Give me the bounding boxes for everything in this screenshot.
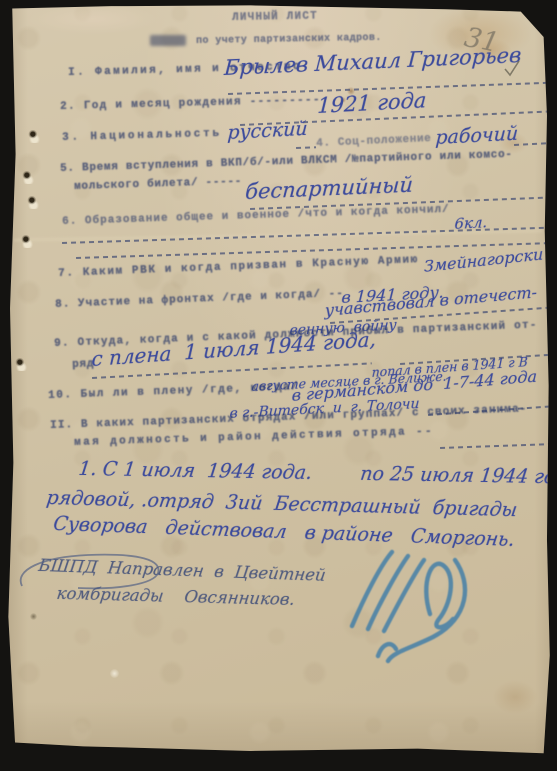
- answer-line-1: 1. С 1 июля 1944 года. по 25 июля 1944 г…: [77, 458, 557, 489]
- form-field-5-value: беспартийный: [245, 173, 414, 204]
- form-field-4-label: 4. Соц-положение: [316, 133, 432, 150]
- form-field-4-value: рабочий: [435, 123, 519, 149]
- punch-hole: [21, 171, 34, 184]
- stain: [30, 613, 37, 620]
- scanned-document-photo: { "page_number": "31", "header": { "titl…: [0, 0, 557, 771]
- punch-hole: [27, 130, 40, 143]
- form-field-2-value: 1921 года: [317, 88, 427, 118]
- punch-hole: [14, 358, 27, 371]
- stain: [492, 680, 538, 714]
- stain: [28, 4, 158, 34]
- form-field-2-label: 2. Год и месяц рождения ---------: [60, 94, 321, 113]
- dashed-rule: [514, 142, 556, 146]
- dashed-rule: [62, 226, 556, 244]
- footer-note-line-1: БШПД Направлен в Цвейтней: [37, 556, 327, 585]
- punch-hole: [26, 196, 39, 209]
- footer-note-line-2: комбригады Овсянников.: [56, 584, 296, 609]
- form-field-8-label: 8. Участие на фронтах /где и когда/ --: [55, 288, 344, 311]
- dashed-rule: [296, 146, 316, 149]
- form-field-3-value: русский: [227, 118, 308, 144]
- ink-smudge: [150, 35, 186, 46]
- dashed-rule: [440, 443, 556, 449]
- document-subtitle: по учету партизанских кадров.: [196, 33, 382, 47]
- form-field-3-label: 3. Национальность: [62, 128, 222, 144]
- stain: [110, 669, 119, 678]
- paper-sheet: ЛИЧНЫЙ ЛИСТ по учету партизанских кадров…: [0, 0, 557, 771]
- punch-hole: [20, 235, 33, 248]
- form-field-5-label-line2: мольского билета/ -----: [74, 176, 242, 193]
- document-title: ЛИЧНЫЙ ЛИСТ: [232, 11, 318, 24]
- form-field-1-value: Брылев Михаил Григорьев: [224, 43, 522, 80]
- form-field-5-label-line1: 5. Время вступления в ВКП/б/-или ВЛКСМ /…: [60, 149, 513, 175]
- form-field-7-label: 7. Каким РВК и когда призван в Красную А…: [58, 254, 419, 280]
- form-field-10-label: 10. Был ли в плену /где, когда/: [48, 381, 299, 402]
- signature-icon: [352, 552, 465, 661]
